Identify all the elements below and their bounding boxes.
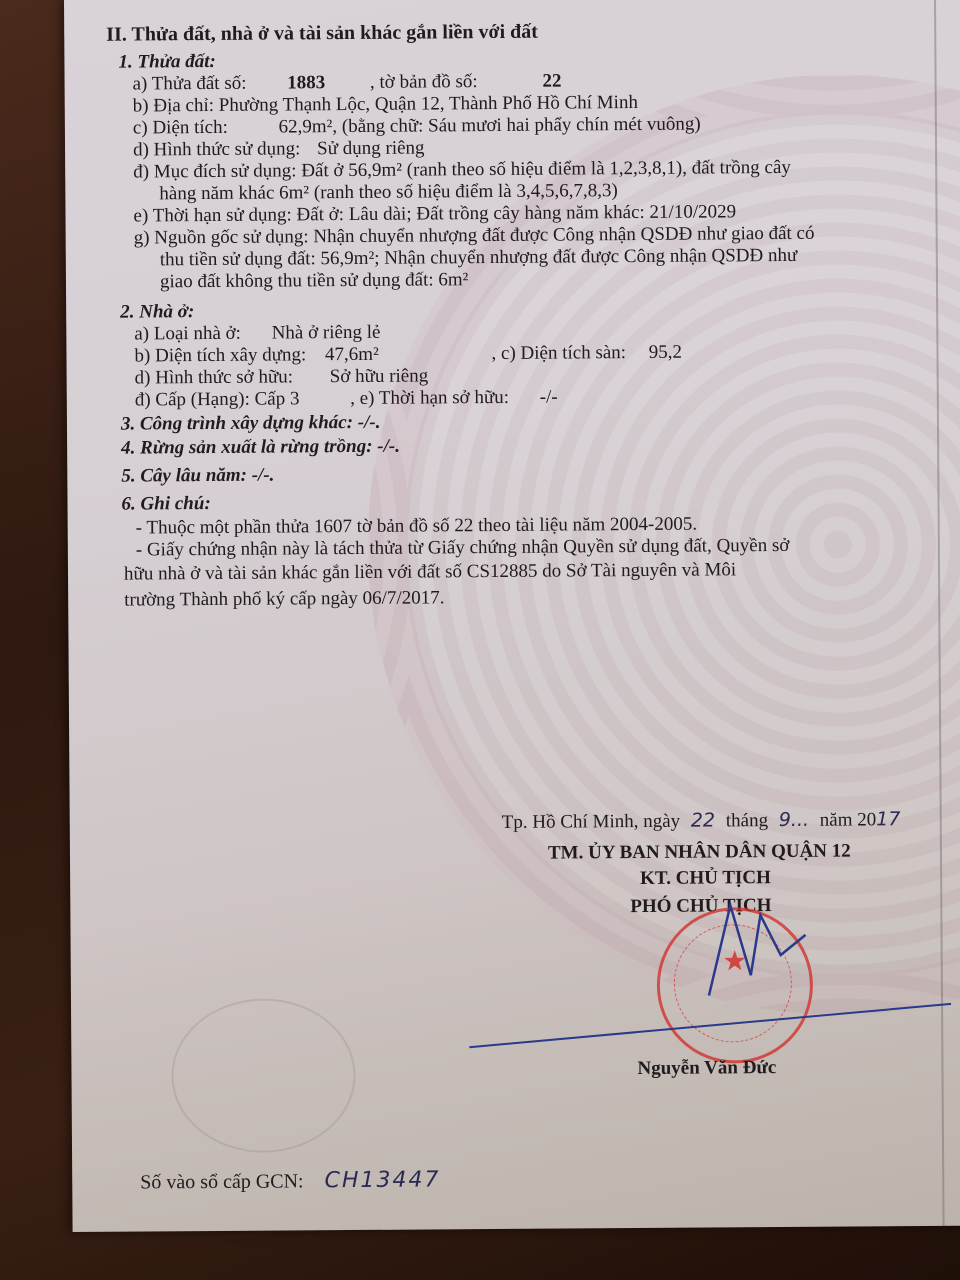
purpose-line2: hàng năm khác 6m² (ranh theo số hiệu điể… [159,180,618,205]
grade-value: Cấp 3 [254,388,299,409]
area-row: c) Diện tích: 62,9m², (bằng chữ: Sáu mươ… [133,114,701,140]
house-type-row: a) Loại nhà ở: Nhà ở riêng lẻ [134,322,380,346]
area-label: c) Diện tích: [133,117,228,139]
origin-label: g) Nguồn gốc sử dụng: [134,226,309,248]
use-form-value: Sử dụng riêng [317,137,425,159]
certificate-page: II. Thửa đất, nhà ở và tài sản khác gắn … [64,0,960,1232]
use-form-row: d) Hình thức sử dụng: Sử dụng riêng [133,137,425,161]
origin-line3: giao đất không thu tiền sử dụng đất: 6m² [160,269,469,293]
house-type-label: a) Loại nhà ở: [134,323,241,345]
built-area-row: b) Diện tích xây dựng: 47,6m² , c) Diện … [134,342,682,368]
ownership-value: Sở hữu riêng [330,365,429,387]
on-behalf-of: KT. CHỦ TỊCH [640,867,771,890]
map-label: , tờ bản đồ số: [370,71,478,93]
land-heading: 1. Thửa đất: [118,51,216,74]
house-heading: 2. Nhà ở: [120,301,194,324]
date-day: 22 [691,809,715,831]
date-year: 17 [876,808,900,830]
own-term-value: -/- [540,387,558,408]
date-month: 9... [779,809,809,831]
house-type-value: Nhà ở riêng lẻ [272,322,381,344]
term-label: e) Thời hạn sử dụng: [133,204,291,226]
note-line2: - Giấy chứng nhận này là tách thửa từ Gi… [136,535,790,562]
grade-row: đ) Cấp (Hạng): Cấp 3 , e) Thời hạn sở hữ… [135,387,558,412]
parcel-number: 1883 [287,72,325,93]
issuing-org: TM. ỦY BAN NHÂN DÂN QUẬN 12 [548,841,851,865]
purpose-row: đ) Mục đích sử dụng: Đất ở 56,9m² (ranh … [133,157,791,184]
own-term-label: , e) Thời hạn sở hữu: [350,387,509,409]
place-date: Tp. Hồ Chí Minh, ngày 22 tháng 9... năm … [502,808,901,834]
registry-number: CH13447 [324,1167,440,1193]
purpose-label: đ) Mục đích sử dụng: [133,160,296,182]
purpose-value: Đất ở 56,9m² (ranh theo số hiệu điểm là … [301,157,791,181]
place-date-prefix: Tp. Hồ Chí Minh, ngày [502,811,681,833]
address-label: b) Địa chỉ: [133,95,214,117]
use-form-label: d) Hình thức sử dụng: [133,138,300,160]
floor-area-label: , c) Diện tích sàn: [491,342,626,364]
note-line3: hữu nhà ở và tài sản khác gắn liền với đ… [124,559,736,585]
floor-area-value: 95,2 [649,342,682,363]
ownership-row: d) Hình thức sở hữu: Sở hữu riêng [135,365,429,389]
embossed-seal [171,998,356,1153]
origin-value: Nhận chuyển nhượng đất được Công nhận QS… [313,223,814,247]
address-value: Phường Thạnh Lộc, Quận 12, Thành Phố Hồ … [219,92,638,116]
area-value: 62,9m², (bằng chữ: Sáu mươi hai phẩy chí… [279,114,701,138]
registry-label: Số vào sổ cấp GCN: [140,1170,303,1193]
year-label: năm 20 [820,809,877,830]
built-area-value: 47,6m² [325,344,379,365]
built-area-label: b) Diện tích xây dựng: [134,344,306,366]
parcel-row: a) Thửa đất số: 1883 , tờ bản đồ số: 22 [133,71,562,96]
term-value: Đất ở: Lâu dài; Đất trồng cây hàng năm k… [296,201,736,225]
note-line4: trường Thành phố ký cấp ngày 06/7/2017. [124,587,444,611]
perennial-trees: 5. Cây lâu năm: -/-. [121,465,274,488]
map-number: 22 [542,71,561,92]
forest: 4. Rừng sản xuất là rừng trồng: -/-. [121,436,400,460]
section-title: II. Thửa đất, nhà ở và tài sản khác gắn … [106,21,538,46]
other-works: 3. Công trình xây dựng khác: -/-. [121,412,381,436]
grade-label: đ) Cấp (Hạng): [135,389,250,411]
parcel-label: a) Thửa đất số: [133,73,247,95]
signer-name: Nguyễn Văn Đức [637,1057,776,1080]
month-label: tháng [726,810,768,831]
ownership-label: d) Hình thức sở hữu: [135,366,294,388]
registry-row: Số vào sổ cấp GCN: CH13447 [140,1169,440,1193]
signature-strokes [460,894,960,1077]
notes-heading: 6. Ghi chú: [121,493,210,516]
origin-line2: thu tiền sử dụng đất: 56,9m²; Nhận chuyể… [160,245,798,271]
